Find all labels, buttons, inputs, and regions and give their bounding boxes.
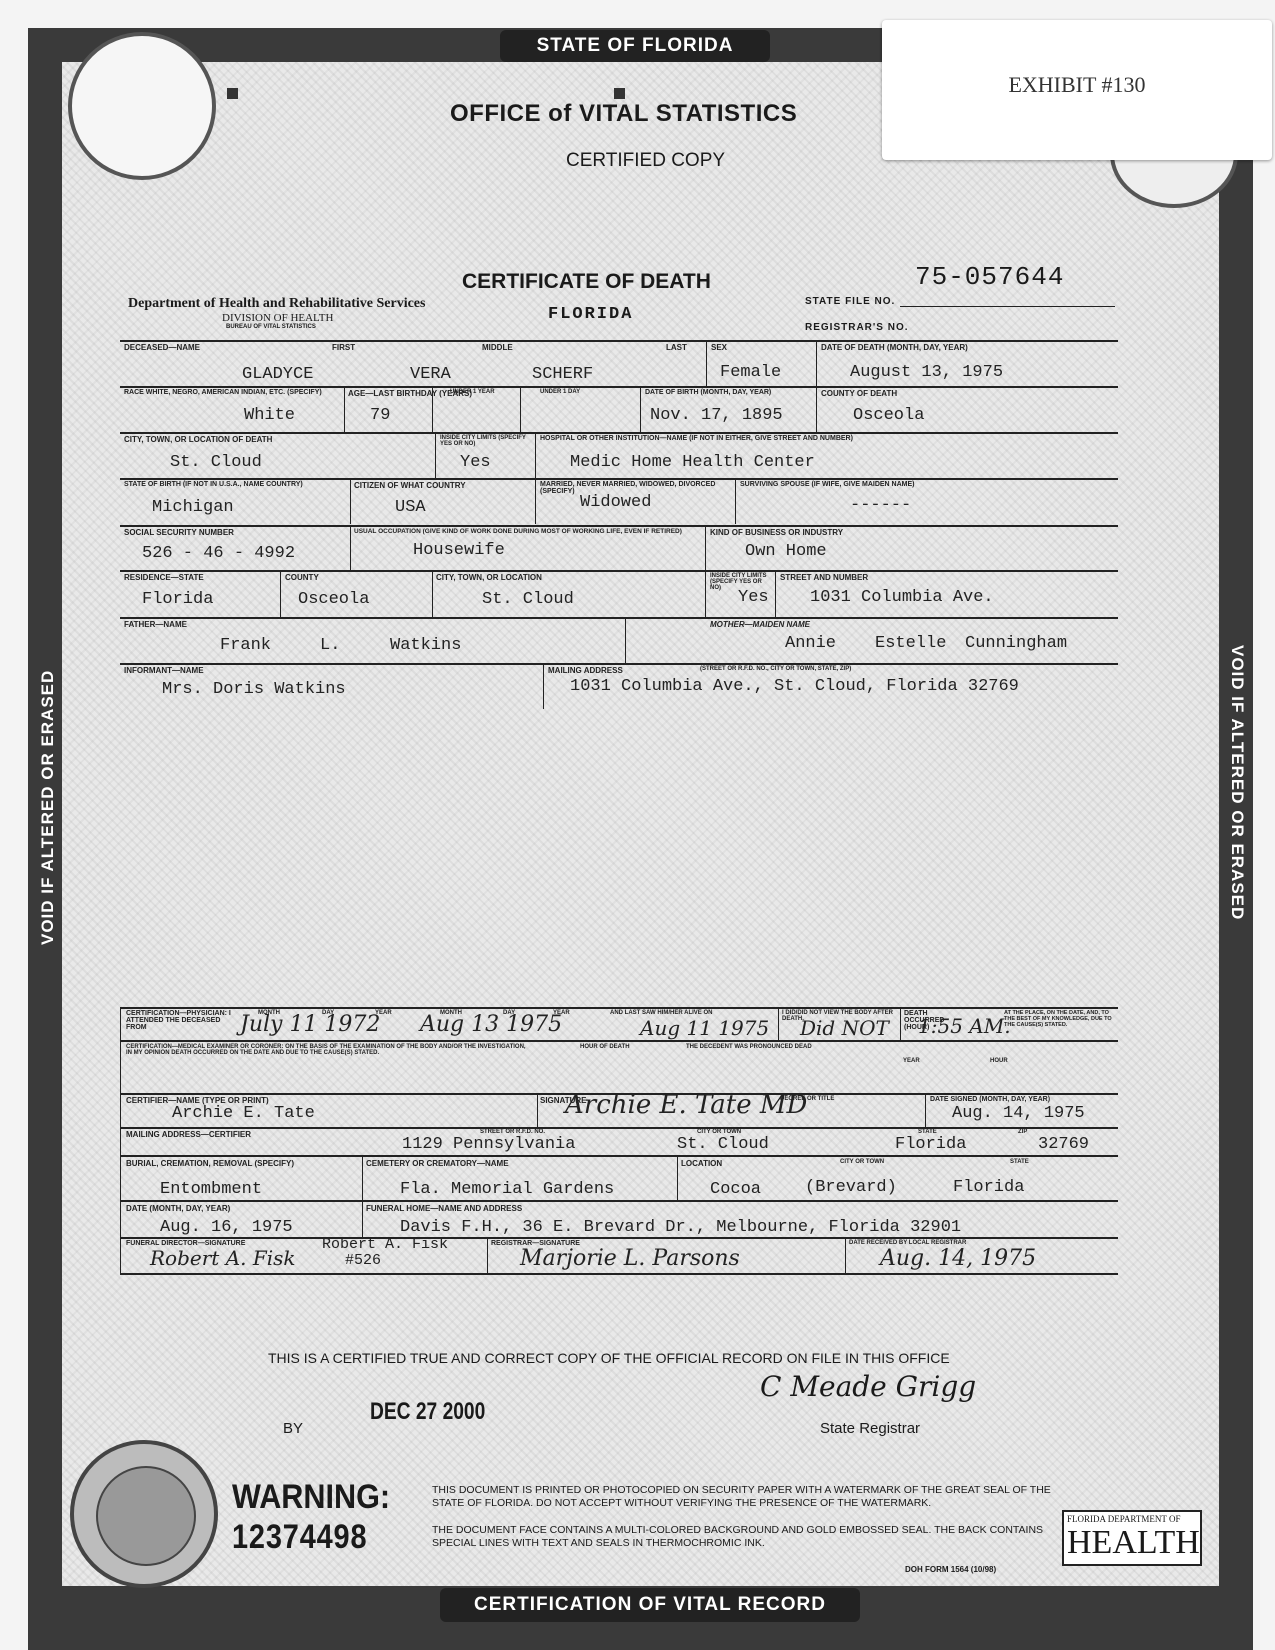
occupation-value: Housewife (413, 541, 505, 560)
rule (120, 432, 1118, 434)
divider (535, 478, 536, 524)
rule (120, 1200, 1118, 1202)
office-title: OFFICE of VITAL STATISTICS (450, 100, 797, 128)
deceased-middle-name: VERA (410, 365, 451, 384)
date-signed-value: Aug. 14, 1975 (952, 1104, 1085, 1123)
divider (900, 1007, 901, 1040)
divider (816, 340, 817, 432)
death-occurred-note: AT THE PLACE, ON THE DATE, AND, TO THE B… (1004, 1010, 1119, 1028)
mother-first: Annie (785, 634, 836, 653)
surviving-spouse-label: SURVIVING SPOUSE (IF WIFE, GIVE MAIDEN N… (740, 481, 915, 488)
divider (535, 432, 536, 478)
rule (120, 570, 1118, 572)
date-label: DATE (MONTH, DAY, YEAR) (126, 1204, 230, 1213)
rule (120, 1273, 1118, 1275)
watermark-medallion (68, 32, 216, 180)
bracket (120, 1007, 121, 1273)
under-1-day-label: UNDER 1 DAY (540, 389, 580, 395)
deceased-first-name: GLADYCE (242, 365, 313, 384)
certificate-state: FLORIDA (548, 305, 633, 324)
certifier-street: 1129 Pennsylvania (402, 1135, 575, 1154)
mother-label: MOTHER—MAIDEN NAME (710, 620, 810, 629)
divider (487, 1237, 488, 1273)
rule (120, 340, 1118, 342)
void-notice-left: VOID IF ALTERED OR ERASED (38, 670, 58, 945)
health-logo-top: FLORIDA DEPARTMENT OF (1067, 1514, 1180, 1524)
rule (120, 478, 1118, 480)
cemetery-label: CEMETERY OR CREMATORY—NAME (366, 1159, 509, 1168)
funeral-director-typed: Robert A. Fisk (322, 1236, 448, 1253)
city-of-death-label: CITY, TOWN, OR LOCATION OF DEATH (124, 435, 272, 444)
burial-value: Entombment (160, 1180, 262, 1199)
residence-street-value: 1031 Columbia Ave. (810, 588, 994, 607)
certifier-zip: 32769 (1038, 1135, 1089, 1154)
file-number-line (900, 306, 1115, 307)
divider (706, 340, 707, 386)
divider (344, 386, 345, 432)
rule (120, 1237, 1118, 1239)
warning-text-watermark: THIS DOCUMENT IS PRINTED OR PHOTOCOPIED … (432, 1484, 1054, 1510)
funeral-director-number: #526 (345, 1252, 381, 1269)
rule (120, 1127, 1118, 1129)
location-city-value: Cocoa (710, 1180, 761, 1199)
date-signed-label: DATE SIGNED (MONTH, DAY, YEAR) (930, 1096, 1050, 1103)
certified-copy-label: CERTIFIED COPY (566, 150, 725, 172)
bureau-name: BUREAU OF VITAL STATISTICS (226, 324, 316, 330)
business-value: Own Home (745, 542, 827, 561)
divider (520, 386, 521, 432)
zip-label: ZIP (1018, 1129, 1027, 1135)
state-banner: STATE OF FLORIDA (500, 30, 770, 62)
health-logo-text: HEALTH (1067, 1524, 1200, 1562)
form-number: DOH FORM 1564 (10/98) (905, 1565, 996, 1574)
mailing-address-label: MAILING ADDRESS (548, 666, 623, 675)
funeral-director-signature: Robert A. Fisk (150, 1246, 296, 1270)
funeral-home-value: Davis F.H., 36 E. Brevard Dr., Melbourne… (400, 1218, 961, 1237)
inside-city-label: INSIDE CITY LIMITS (SPECIFY YES OR NO) (440, 435, 530, 447)
year-label-3: YEAR (903, 1058, 920, 1064)
rule (120, 1155, 1118, 1157)
race-label: RACE WHITE, NEGRO, AMERICAN INDIAN, ETC.… (124, 389, 322, 396)
location-label: LOCATION (681, 1159, 722, 1168)
last-label: LAST (666, 343, 687, 352)
county-of-death-label: COUNTY OF DEATH (821, 389, 897, 398)
date-of-death-value: August 13, 1975 (850, 363, 1003, 382)
attended-from-handwritten: July 11 1972 (240, 1012, 380, 1037)
mother-middle: Estelle (875, 634, 946, 653)
florida-great-seal-icon (70, 1440, 218, 1588)
father-middle: L. (320, 636, 340, 655)
certifier-city: St. Cloud (677, 1135, 769, 1154)
divider (775, 570, 776, 617)
date-received-handwritten: Aug. 14, 1975 (880, 1246, 1036, 1271)
mailing-address-hint: (STREET OR R.F.D. NO., CITY OR TOWN, STA… (700, 666, 851, 672)
sex-value: Female (720, 363, 781, 382)
rule (120, 386, 1118, 388)
divider (350, 525, 351, 570)
deceased-last-name: SCHERF (532, 365, 593, 384)
registration-mark (614, 88, 625, 99)
date-of-death-label: DATE OF DEATH (MONTH, DAY, YEAR) (821, 343, 968, 352)
attended-to-handwritten: Aug 13 1975 (420, 1012, 562, 1037)
state-registrar-title: State Registrar (820, 1420, 920, 1437)
exhibit-label: EXHIBIT #130 (882, 72, 1272, 98)
warning-text-security: THE DOCUMENT FACE CONTAINS A MULTI-COLOR… (432, 1524, 1054, 1550)
burial-label: BURIAL, CREMATION, REMOVAL (SPECIFY) (126, 1159, 294, 1168)
cert-physician-label: CERTIFICATION—PHYSICIAN: I ATTENDED THE … (126, 1010, 236, 1031)
father-label: FATHER—NAME (124, 620, 187, 629)
certifier-state: Florida (895, 1135, 966, 1154)
hour-label: HOUR (990, 1058, 1008, 1064)
registrar-signature: Marjorie L. Parsons (520, 1246, 740, 1271)
rule (120, 525, 1118, 527)
warning-heading: WARNING: (232, 1478, 390, 1517)
cemetery-value: Fla. Memorial Gardens (400, 1180, 614, 1199)
father-last: Watkins (390, 636, 461, 655)
exhibit-sticker: EXHIBIT #130 (882, 20, 1272, 160)
document-serial-number: 12374498 (232, 1518, 367, 1557)
divider (845, 1237, 846, 1273)
last-saw-handwritten: Aug 11 1975 (640, 1016, 769, 1040)
middle-label: MIDDLE (482, 343, 513, 352)
rule (120, 617, 1118, 619)
certifier-name: Archie E. Tate (172, 1104, 315, 1123)
sex-label: SEX (711, 343, 727, 352)
street-number-label: STREET AND NUMBER (780, 573, 868, 582)
mother-last: Cunningham (965, 634, 1067, 653)
marital-value: Widowed (580, 493, 651, 512)
certified-statement: THIS IS A CERTIFIED TRUE AND CORRECT COP… (268, 1350, 950, 1366)
surviving-spouse-value: ------ (850, 496, 911, 515)
divider (677, 1155, 678, 1200)
location-city-label: CITY OR TOWN (840, 1159, 884, 1165)
county-of-death-value: Osceola (853, 406, 924, 425)
hospital-label: HOSPITAL OR OTHER INSTITUTION—NAME (IF N… (540, 435, 853, 442)
deceased-name-label: DECEASED—NAME (124, 343, 200, 352)
citizen-value: USA (395, 498, 426, 517)
divider (280, 570, 281, 617)
date-of-birth-label: DATE OF BIRTH (MONTH, DAY, YEAR) (645, 389, 771, 396)
city-of-death-value: St. Cloud (170, 453, 262, 472)
residence-city-label: CITY, TOWN, OR LOCATION (436, 573, 542, 582)
first-label: FIRST (332, 343, 355, 352)
rule (120, 1007, 1118, 1009)
registrar-number-label: REGISTRAR'S NO. (805, 322, 909, 333)
race-value: White (244, 406, 295, 425)
age-value: 79 (370, 406, 390, 425)
divider (350, 478, 351, 524)
residence-county-label: COUNTY (285, 573, 319, 582)
business-label: KIND OF BUSINESS OR INDUSTRY (710, 528, 843, 537)
hour-of-death-label: HOUR OF DEATH (580, 1044, 630, 1050)
division-name: DIVISION OF HEALTH (222, 312, 333, 324)
residence-state-label: RESIDENCE—STATE (124, 573, 204, 582)
inside-city-value: Yes (460, 453, 491, 472)
hospital-value: Medic Home Health Center (570, 453, 815, 472)
divider (705, 525, 706, 617)
residence-city-value: St. Cloud (482, 590, 574, 609)
death-hour-handwritten: 1:55 AM. (918, 1014, 1011, 1038)
did-view-handwritten: Did NOT (800, 1016, 889, 1040)
void-notice-right: VOID IF ALTERED OR ERASED (1227, 645, 1247, 920)
florida-health-logo: FLORIDA DEPARTMENT OF HEALTH (1062, 1510, 1202, 1566)
informant-value: Mrs. Doris Watkins (162, 680, 346, 699)
father-first: Frank (220, 636, 271, 655)
ssn-value: 526 - 46 - 4992 (142, 544, 295, 563)
state-file-number: 75-057644 (915, 262, 1064, 292)
registration-mark (227, 88, 238, 99)
divider (432, 570, 433, 617)
residence-inside-city-value: Yes (738, 588, 769, 607)
mailing-certifier-label: MAILING ADDRESS—CERTIFIER (126, 1130, 251, 1139)
cert-examiner-label: CERTIFICATION—MEDICAL EXAMINER OR CORONE… (126, 1044, 526, 1056)
rule (120, 1040, 1118, 1042)
divider (625, 617, 626, 663)
funeral-home-label: FUNERAL HOME—NAME AND ADDRESS (366, 1204, 522, 1213)
divider (640, 386, 641, 432)
citizen-label: CITIZEN OF WHAT COUNTRY (354, 481, 466, 490)
burial-date-value: Aug. 16, 1975 (160, 1218, 293, 1237)
informant-address-value: 1031 Columbia Ave., St. Cloud, Florida 3… (570, 677, 1019, 696)
certification-banner: CERTIFICATION OF VITAL RECORD (440, 1588, 860, 1622)
residence-state-value: Florida (142, 590, 213, 609)
certifier-signature: Archie E. Tate MD (565, 1090, 807, 1120)
state-of-birth-label: STATE OF BIRTH (IF NOT IN U.S.A., NAME C… (124, 481, 303, 488)
state-file-label: STATE FILE NO. (805, 296, 895, 307)
pronounced-label: THE DECEDENT WAS PRONOUNCED DEAD (686, 1044, 812, 1050)
ssn-label: SOCIAL SECURITY NUMBER (124, 528, 234, 537)
location-county-value: (Brevard) (805, 1178, 897, 1197)
divider (925, 1093, 926, 1127)
divider (362, 1155, 363, 1237)
under-1-year-label: UNDER 1 YEAR (450, 389, 495, 395)
divider (537, 1093, 538, 1127)
residence-county-value: Osceola (298, 590, 369, 609)
department-name: Department of Health and Rehabilitative … (128, 296, 425, 312)
divider (778, 1007, 779, 1040)
divider (543, 663, 544, 709)
occupation-label: USUAL OCCUPATION (GIVE KIND OF WORK DONE… (354, 528, 699, 535)
date-of-birth-value: Nov. 17, 1895 (650, 406, 783, 425)
state-of-birth-value: Michigan (152, 498, 234, 517)
rule (120, 663, 1118, 665)
issue-date-stamp: DEC 27 2000 (370, 1398, 485, 1426)
divider (735, 478, 736, 524)
location-state-value: Florida (953, 1178, 1024, 1197)
state-registrar-signature: C Meade Grigg (760, 1370, 976, 1403)
by-label: BY (283, 1420, 303, 1437)
certificate-title: CERTIFICATE OF DEATH (462, 270, 711, 294)
divider (435, 432, 436, 478)
informant-label: INFORMANT—NAME (124, 666, 204, 675)
location-state-label: STATE (1010, 1159, 1029, 1165)
